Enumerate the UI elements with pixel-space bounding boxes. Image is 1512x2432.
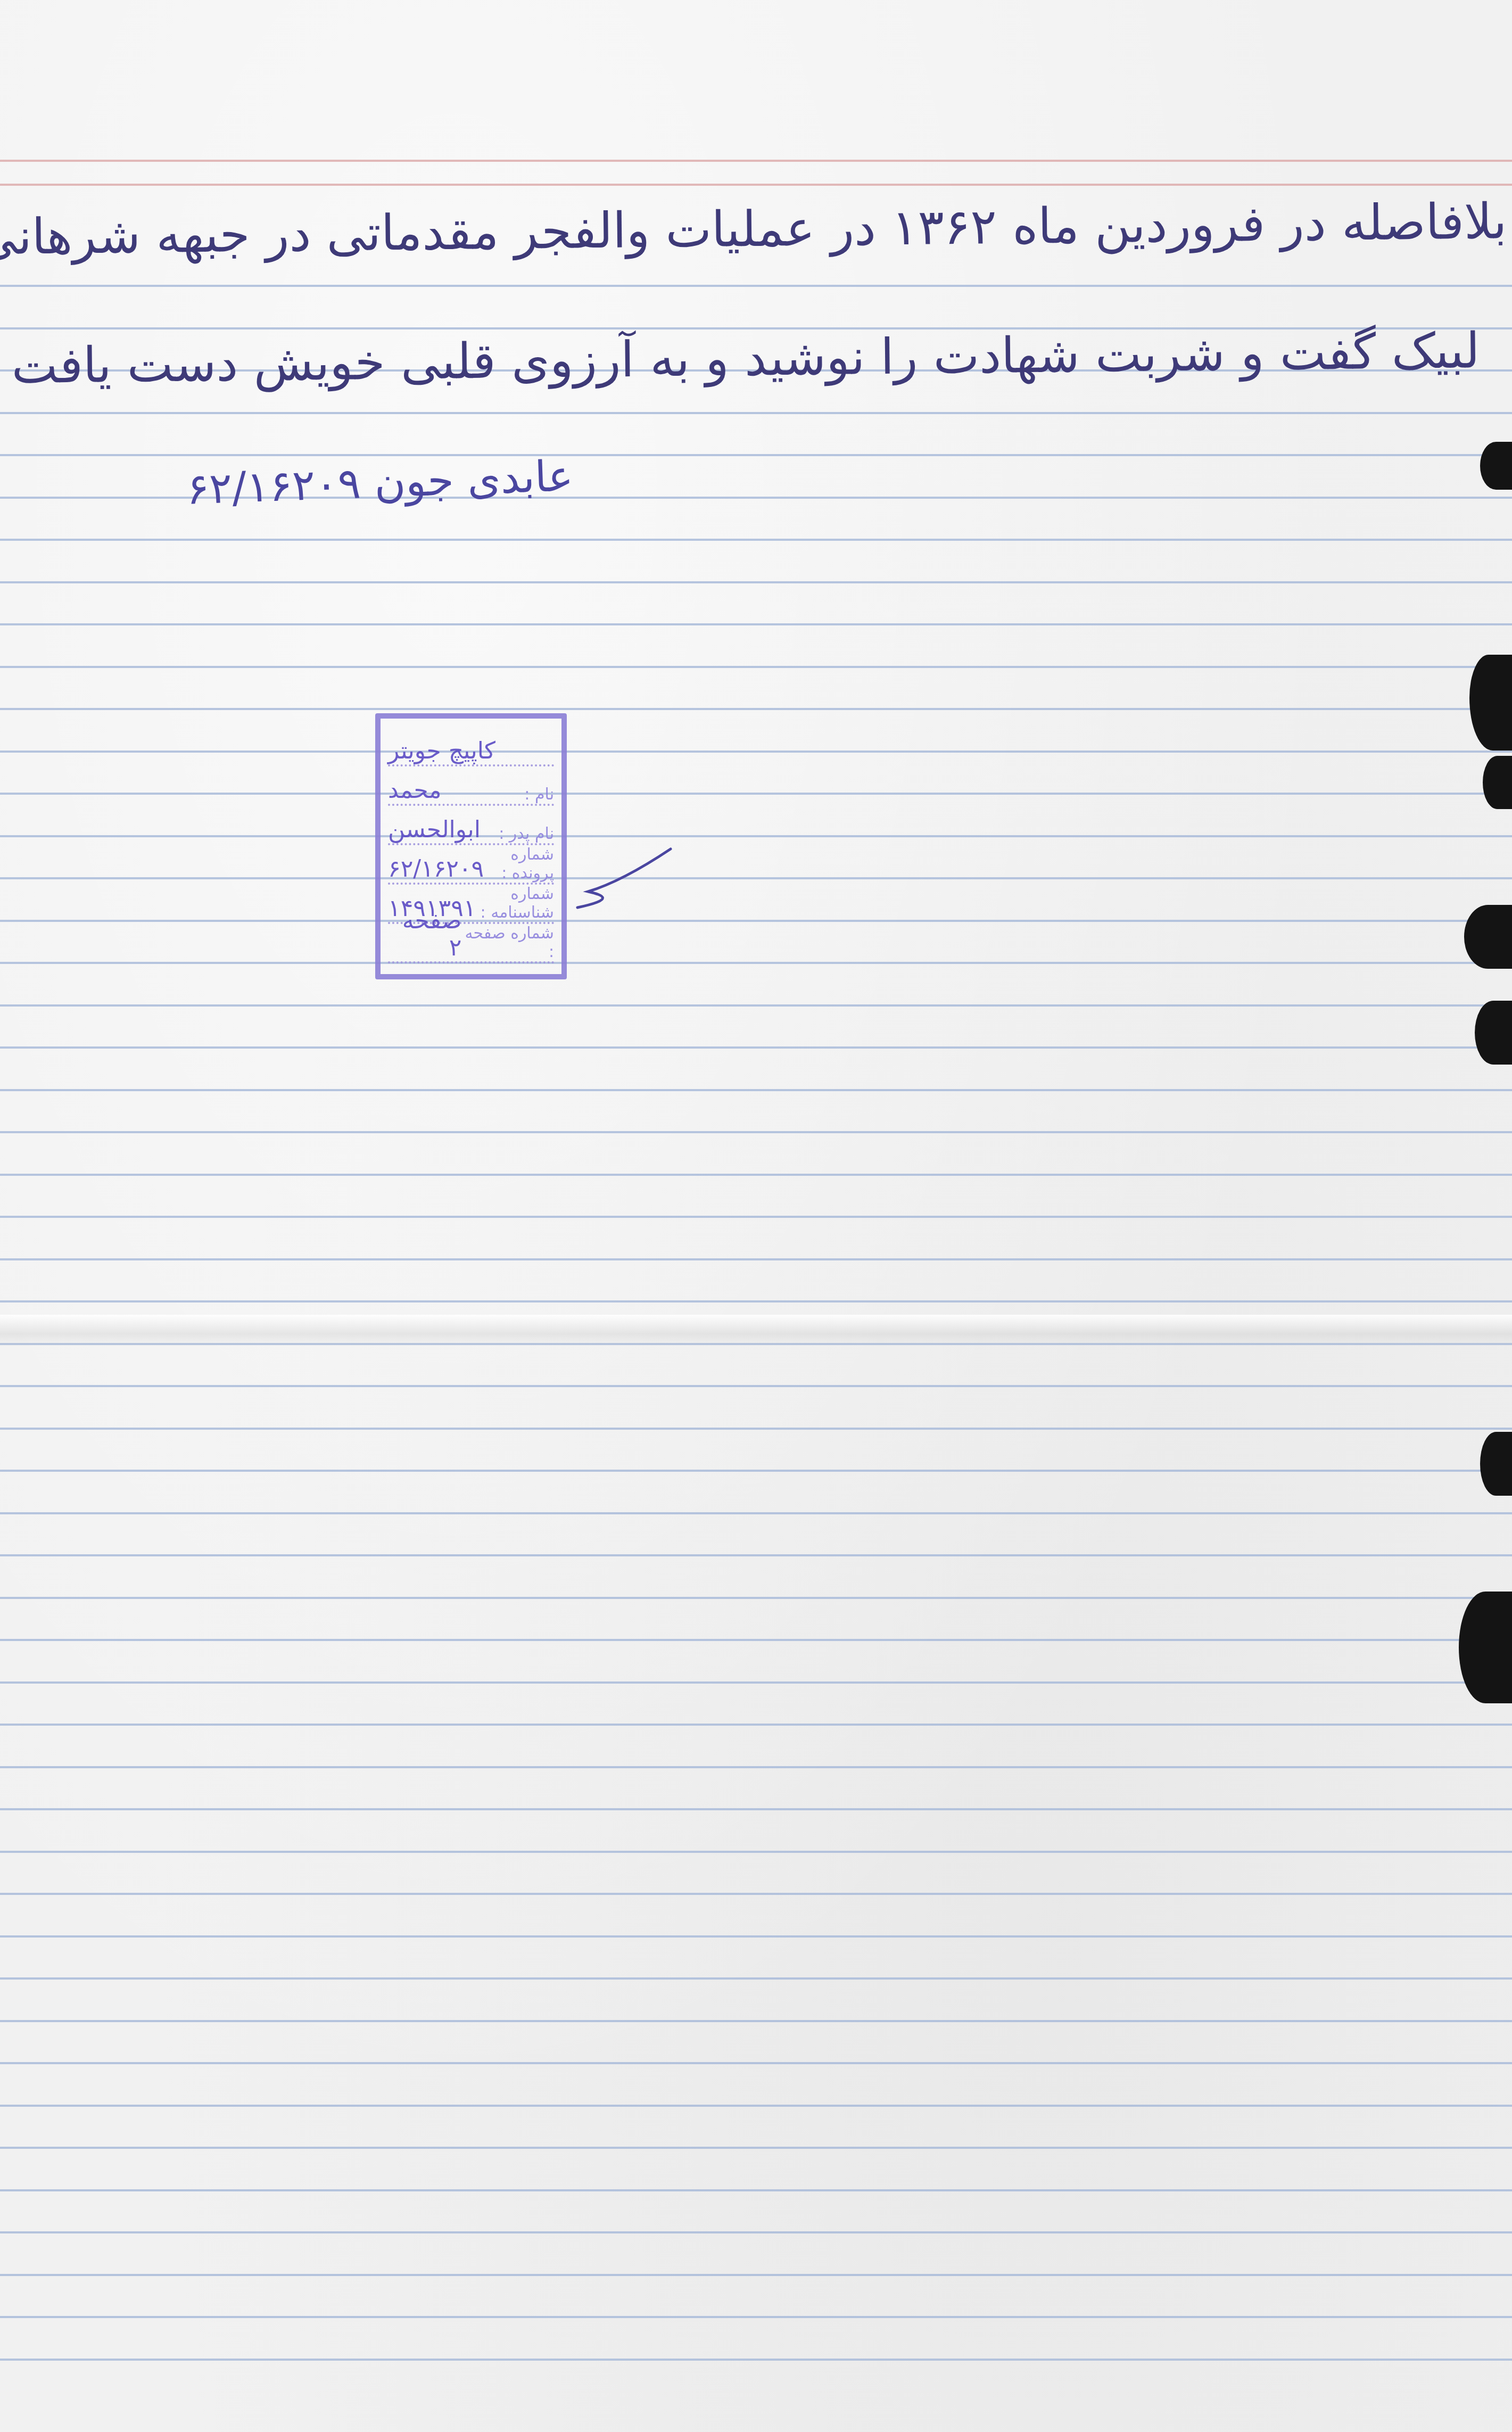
ruled-line	[0, 2359, 1512, 2361]
stamp-row: نام پدر :ابوالحسن	[388, 808, 554, 845]
ruled-line	[0, 962, 1512, 964]
ruled-line	[0, 1808, 1512, 1810]
ruled-line	[0, 1554, 1512, 1556]
ruled-line	[0, 2147, 1512, 2149]
stamp-row: کاپیچ جویتر	[388, 729, 554, 766]
ruled-line	[0, 1385, 1512, 1387]
stamp-value: ابوالحسن	[388, 816, 481, 843]
paper-fold	[0, 1315, 1512, 1347]
stamp-value: محمد	[388, 777, 442, 804]
ruled-line	[0, 581, 1512, 583]
stamp-value: کاپیچ جویتر	[388, 737, 495, 764]
ruled-line	[0, 2189, 1512, 2191]
ruled-line	[0, 1681, 1512, 1684]
margin-line	[0, 184, 1512, 186]
ruled-line	[0, 1766, 1512, 1768]
ruled-line	[0, 793, 1512, 795]
ruled-line	[0, 1470, 1512, 1472]
ruled-line	[0, 1300, 1512, 1302]
ruled-line	[0, 1046, 1512, 1049]
ruled-line	[0, 285, 1512, 287]
ruled-line	[0, 920, 1512, 922]
ruled-line	[0, 1977, 1512, 1980]
ruled-line	[0, 1597, 1512, 1599]
ruled-line	[0, 708, 1512, 710]
ruled-line	[0, 751, 1512, 753]
checkmark-icon	[572, 846, 673, 910]
ruled-line	[0, 412, 1512, 414]
torn-edge	[1480, 1432, 1512, 1496]
ruled-line	[0, 1639, 1512, 1641]
ruled-line	[0, 1131, 1512, 1133]
torn-edge	[1475, 1001, 1512, 1065]
torn-edge	[1459, 1592, 1512, 1703]
ruled-line	[0, 1893, 1512, 1895]
ruled-line	[0, 1216, 1512, 1218]
stamp-value: صفحه ۲	[388, 907, 461, 961]
ruled-line	[0, 2231, 1512, 2233]
ruled-line	[0, 1851, 1512, 1853]
ruled-line	[0, 1935, 1512, 1938]
ruled-line	[0, 1174, 1512, 1176]
torn-edge	[1480, 442, 1512, 490]
ruled-line	[0, 1089, 1512, 1091]
stamp-row: نام :محمد	[388, 769, 554, 806]
ruled-line	[0, 2062, 1512, 2064]
stamp-row: شماره پرونده :۶۲/۱۶۲۰۹	[388, 847, 554, 885]
archive-stamp: کاپیچ جویتر نام :محمد نام پدر :ابوالحسن …	[375, 713, 567, 979]
torn-edge	[1464, 905, 1512, 969]
ruled-line	[0, 1428, 1512, 1430]
ruled-line	[0, 1258, 1512, 1260]
ruled-line	[0, 666, 1512, 668]
ruled-line	[0, 1004, 1512, 1007]
ruled-line	[0, 877, 1512, 879]
ruled-line	[0, 2316, 1512, 2318]
ruled-line	[0, 539, 1512, 541]
ruled-line	[0, 1512, 1512, 1514]
margin-line	[0, 160, 1512, 162]
torn-edge	[1483, 756, 1512, 809]
ruled-line	[0, 1724, 1512, 1726]
ruled-line	[0, 623, 1512, 625]
stamp-value: ۶۲/۱۶۲۰۹	[388, 855, 484, 883]
ruled-line	[0, 2274, 1512, 2276]
ruled-line	[0, 2105, 1512, 2107]
ruled-line	[0, 454, 1512, 456]
ruled-line	[0, 835, 1512, 837]
stamp-row: شماره صفحه :صفحه ۲	[388, 926, 554, 963]
ruled-line	[0, 2020, 1512, 2022]
